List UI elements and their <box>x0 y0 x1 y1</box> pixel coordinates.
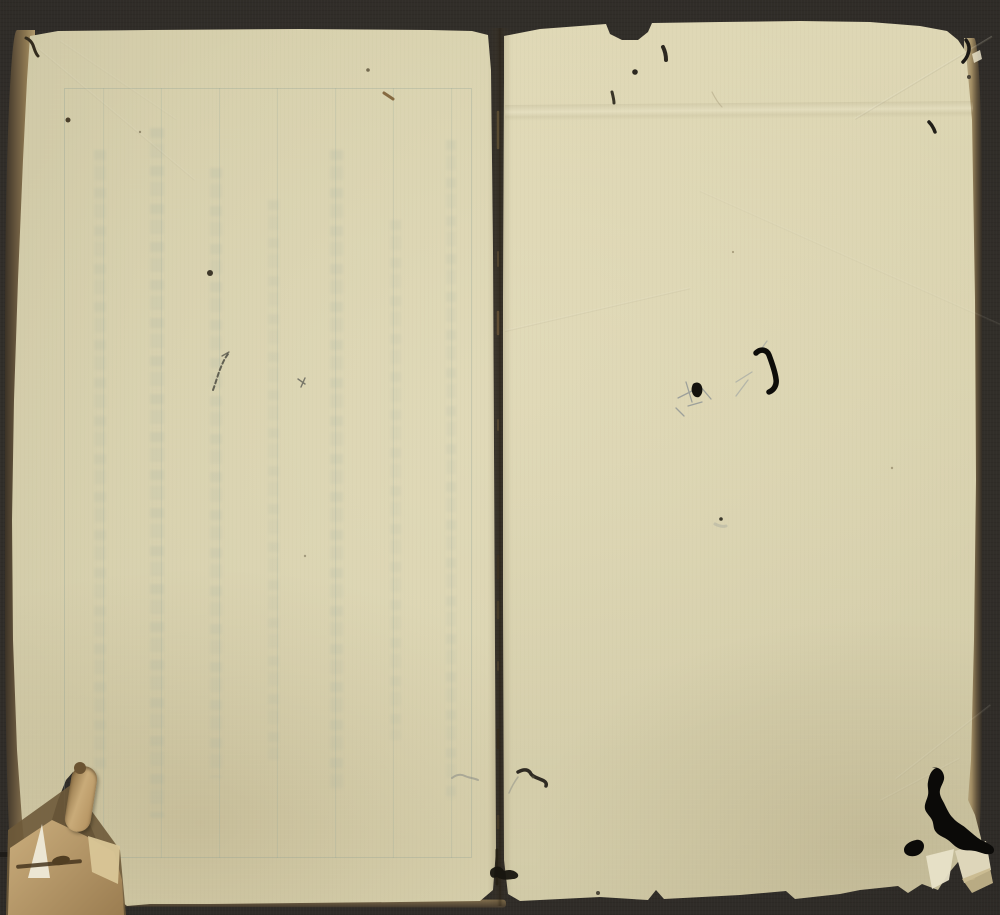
bleed-through-text-ghost-column <box>210 168 222 778</box>
bleed-through-text-ghost-column <box>390 220 401 740</box>
spine-gutter <box>488 28 512 906</box>
bleed-through-text-ghost-column <box>330 150 343 790</box>
bleed-through-text-ghost-column <box>268 200 279 760</box>
open-book-photograph <box>0 0 1000 915</box>
corner-repair-strip-tip <box>74 762 86 774</box>
bleed-through-text-ghost-column <box>150 128 164 818</box>
bleed-through-text-ghost-column <box>446 140 456 800</box>
bleed-through-text-ghost-column <box>94 150 106 770</box>
